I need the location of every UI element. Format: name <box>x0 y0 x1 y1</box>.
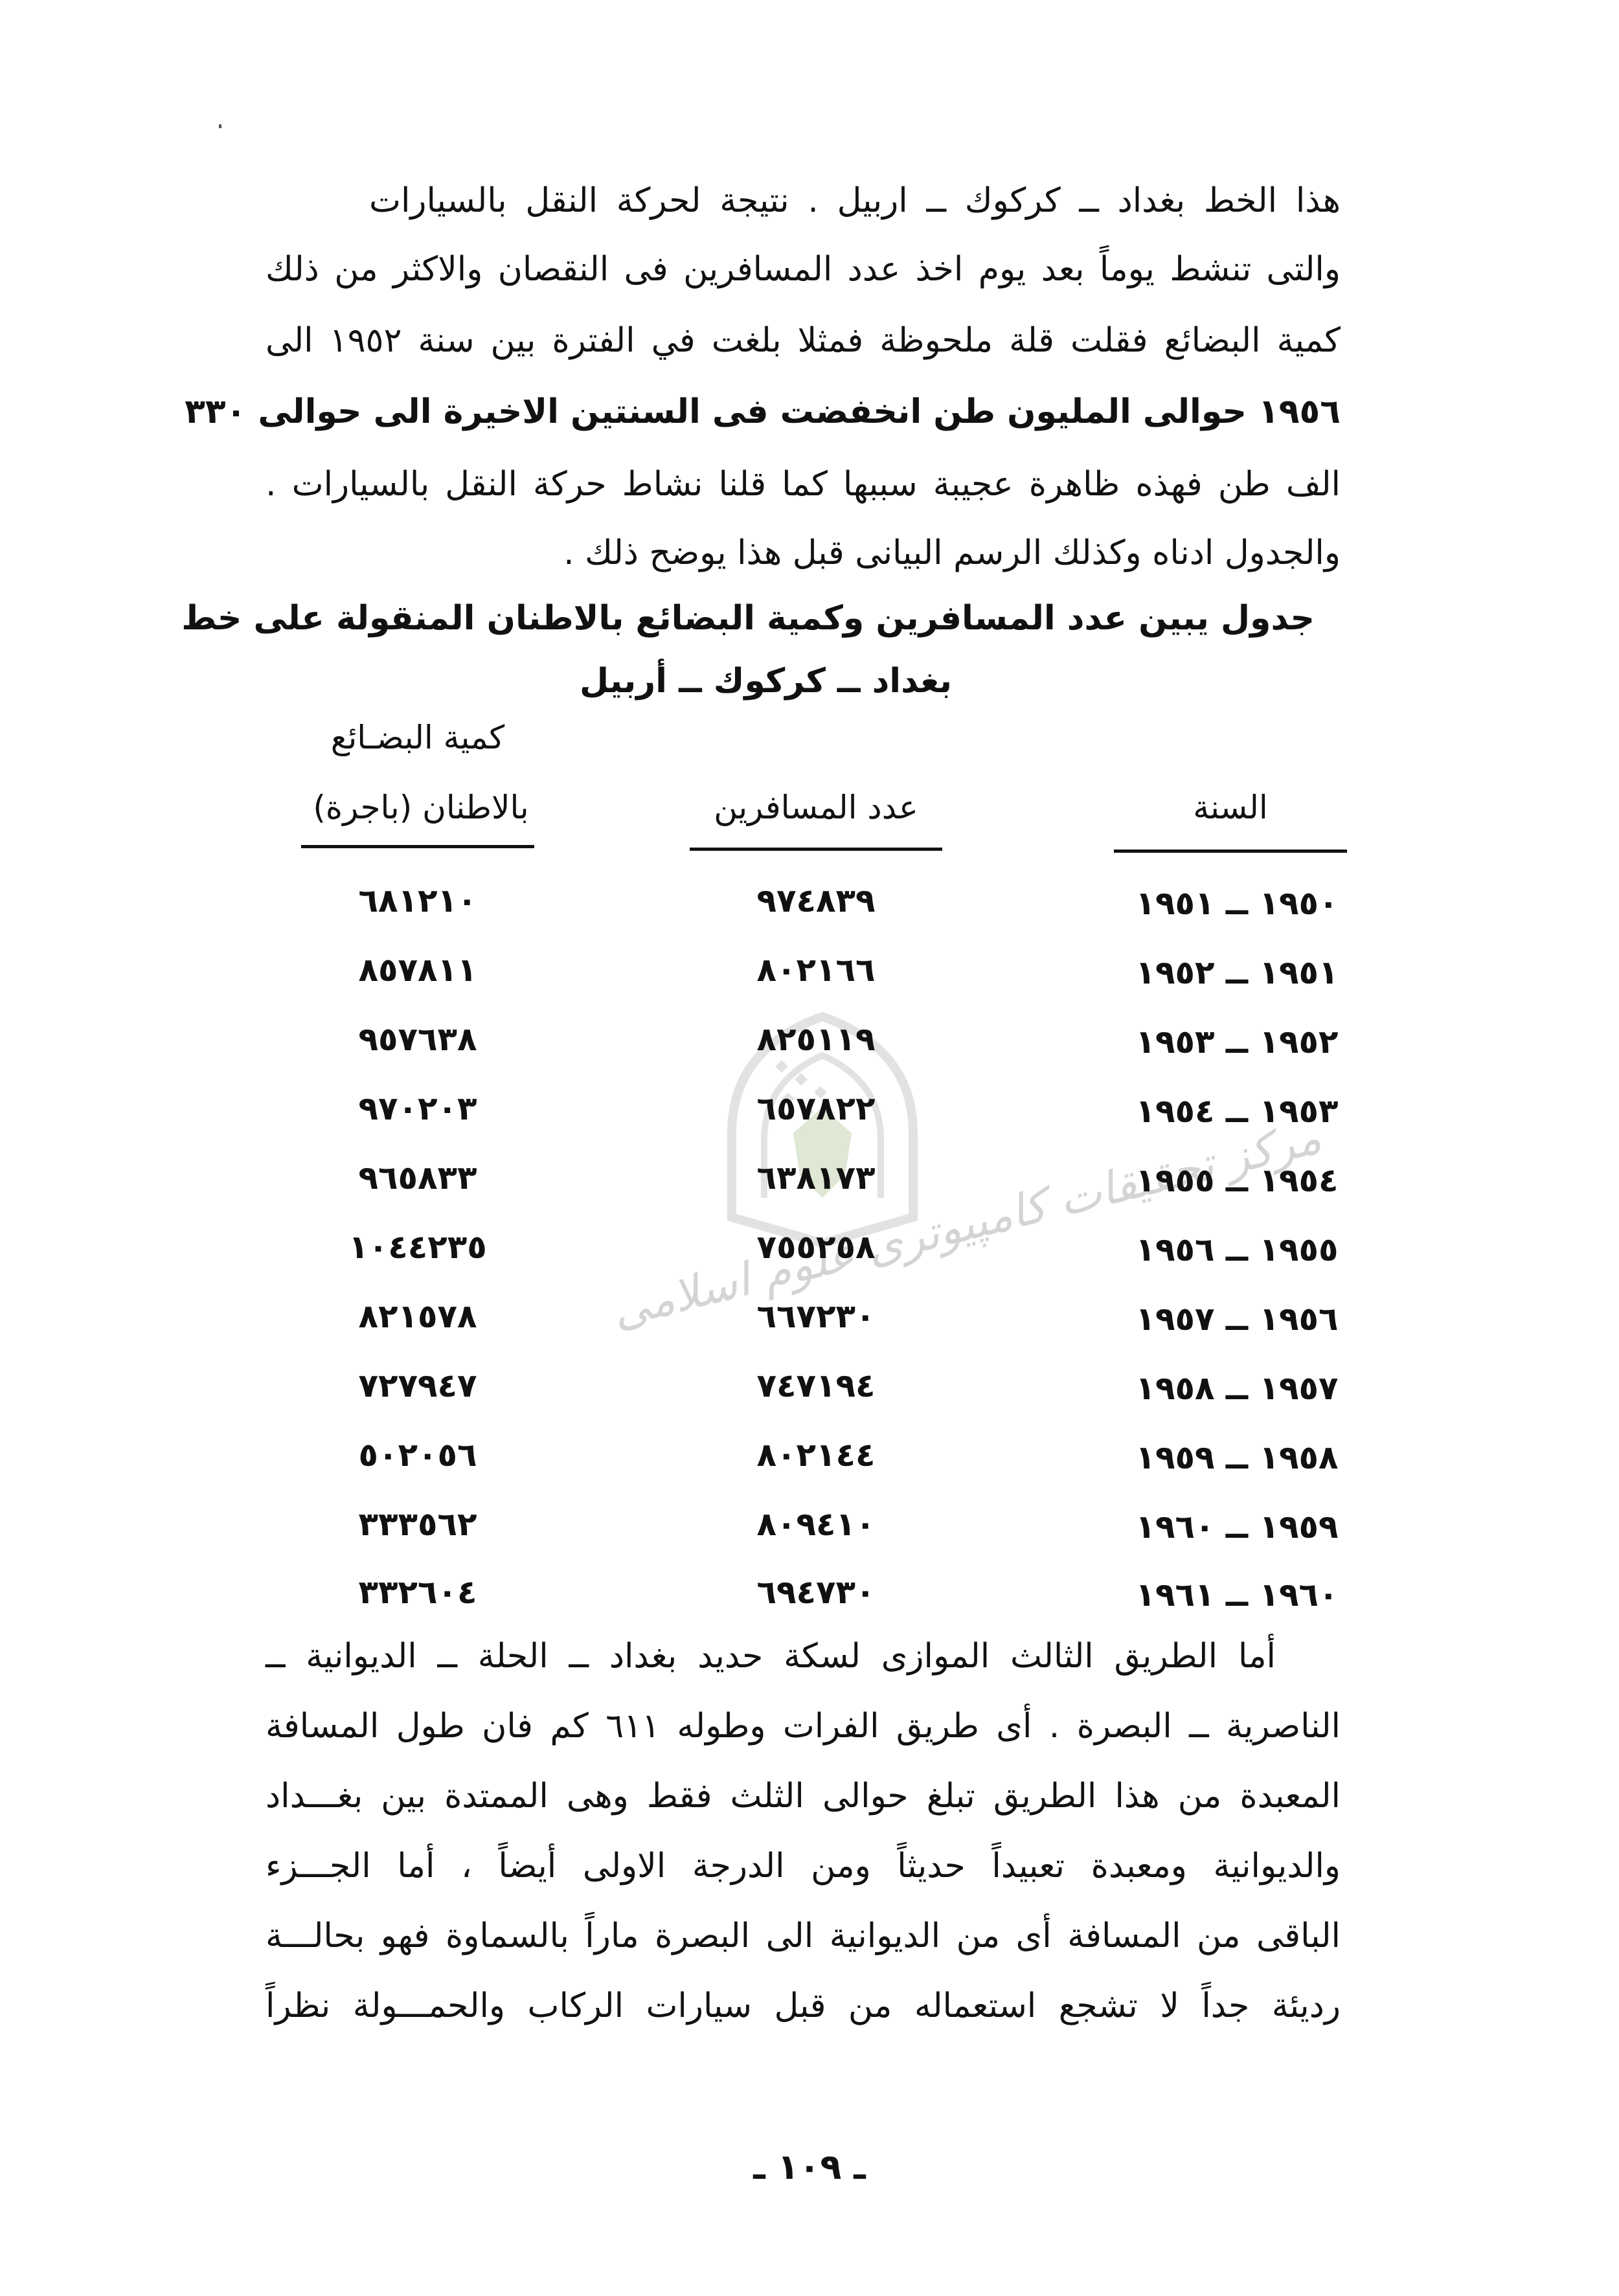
cell-passengers: ٦٦٧٢٣٠ <box>699 1298 933 1335</box>
cell-goods: ٧٢٧٩٤٧ <box>295 1367 541 1404</box>
cell-year: ١٩٥٦ ــ ١٩٥٧ <box>1101 1300 1373 1338</box>
cell-passengers: ٨٠٩٤١٠ <box>699 1505 933 1543</box>
paragraph-line: المعبدة من هذا الطريق تبلغ حوالى الثلث ف… <box>266 1779 1341 1813</box>
cell-passengers: ٧٤٧١٩٤ <box>699 1367 933 1404</box>
cell-passengers: ٨٢٥١١٩ <box>699 1020 933 1058</box>
cell-goods: ٥٠٢٠٥٦ <box>295 1436 541 1474</box>
cell-year: ١٩٥٣ ــ ١٩٥٤ <box>1101 1092 1373 1130</box>
cell-year: ١٩٥٩ ــ ١٩٦٠ <box>1101 1508 1373 1546</box>
paragraph-line: الف طن فهذه ظاهرة عجيبة سببها كما قلنا ن… <box>266 467 1341 501</box>
table-title-line-1: جدول يبين عدد المسافرين وكمية البضائع با… <box>181 599 1315 638</box>
column-header-goods-line-1: كمية البضـائع <box>295 719 541 756</box>
column-header-passengers: عدد المسافرين <box>706 789 926 826</box>
cell-year: ١٩٦٠ ــ ١٩٦١ <box>1101 1576 1373 1614</box>
cell-goods: ٨٢١٥٧٨ <box>295 1298 541 1335</box>
header-underline-year <box>1114 850 1347 853</box>
page-number: ـ ١٠٩ ـ <box>0 2146 1619 2187</box>
cell-year: ١٩٥٤ ــ ١٩٥٥ <box>1101 1162 1373 1199</box>
cell-year: ١٩٥٧ ــ ١٩٥٨ <box>1101 1369 1373 1407</box>
cell-goods: ٣٣٣٥٦٢ <box>295 1505 541 1543</box>
header-underline-goods <box>301 845 534 848</box>
cell-passengers: ٦٩٤٧٣٠ <box>699 1573 933 1611</box>
cell-passengers: ٩٧٤٨٣٩ <box>699 882 933 919</box>
cell-year: ١٩٥٥ ــ ١٩٥٦ <box>1101 1231 1373 1268</box>
cell-passengers: ٨٠٢١٤٤ <box>699 1436 933 1474</box>
cell-goods: ٨٥٧٨١١ <box>295 951 541 989</box>
cell-goods: ٩٦٥٨٣٣ <box>295 1159 541 1197</box>
cell-year: ١٩٥٢ ــ ١٩٥٣ <box>1101 1023 1373 1061</box>
cell-passengers: ٦٥٧٨٢٢ <box>699 1090 933 1127</box>
paragraph-line: ١٩٥٦ حوالى المليون طن انخفضت فى السنتين … <box>266 395 1341 429</box>
cell-passengers: ٦٣٨١٧٣ <box>699 1159 933 1197</box>
paragraph-line: كمية البضائع فقلت قلة ملحوظة فمثلا بلغت … <box>266 324 1341 357</box>
cell-passengers: ٨٠٢١٦٦ <box>699 951 933 989</box>
paragraph-line: الباقى من المسافة أى من الديوانية الى ال… <box>266 1919 1341 1953</box>
cell-goods: ٣٣٢٦٠٤ <box>295 1573 541 1611</box>
paragraph-line: هذا الخط بغداد ــ كركوك ــ اربيل . نتيجة… <box>369 184 1341 218</box>
cell-passengers: ٧٥٥٢٥٨ <box>699 1228 933 1266</box>
column-header-goods-line-2: بالاطنان (باجرة) <box>285 789 557 826</box>
paragraph-line: والجدول ادناه وكذلك الرسم البيانى قبل هذ… <box>266 536 1341 570</box>
header-underline-passengers <box>690 848 942 851</box>
cell-goods: ٦٨١٢١٠ <box>295 882 541 919</box>
scan-speck <box>219 124 221 128</box>
paragraph-line: الناصرية ــ البصرة . أى طريق الفرات وطول… <box>266 1709 1341 1743</box>
cell-goods: ٩٧٠٢٠٣ <box>295 1090 541 1127</box>
cell-year: ١٩٥١ ــ ١٩٥٢ <box>1101 954 1373 991</box>
paragraph-line: والتى تنشط يوماً بعد يوم اخذ عدد المسافر… <box>266 253 1341 286</box>
scanned-book-page: هذا الخط بغداد ــ كركوك ــ اربيل . نتيجة… <box>0 0 1619 2296</box>
paragraph-line: والديوانية ومعبدة تعبيداً حديثاً ومن الد… <box>266 1849 1341 1883</box>
table-title-line-2: بغداد ــ كركوك ــ أربيل <box>580 662 952 701</box>
cell-year: ١٩٥٠ ــ ١٩٥١ <box>1101 884 1373 922</box>
paragraph-line: أما الطريق الثالث الموازى لسكة حديد بغدا… <box>266 1639 1276 1673</box>
cell-year: ١٩٥٨ ــ ١٩٥٩ <box>1101 1439 1373 1476</box>
paragraph-line: رديئة جداً لا تشجع استعماله من قبل سيارا… <box>266 1989 1341 2023</box>
column-header-year: السنة <box>1153 789 1308 826</box>
cell-goods: ٩٥٧٦٣٨ <box>295 1020 541 1058</box>
cell-goods: ١٠٤٤٢٣٥ <box>295 1228 541 1266</box>
